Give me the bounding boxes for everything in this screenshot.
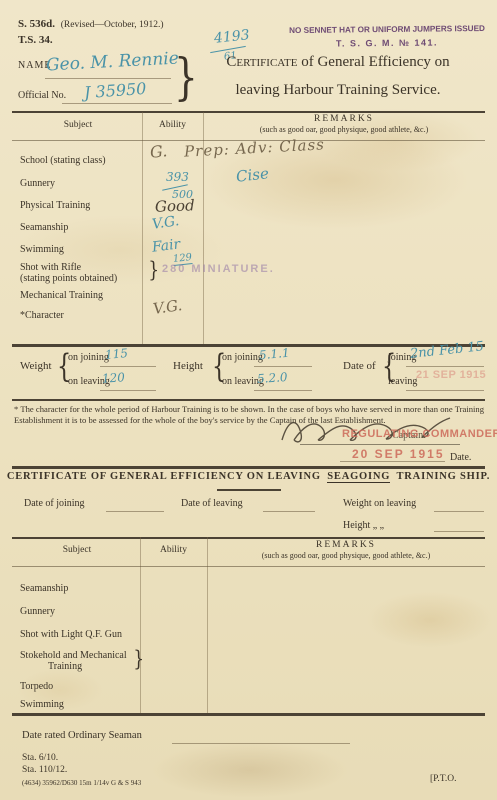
weight-leaving-underline [100,390,156,391]
school-remark-initials: Cise [235,164,270,185]
date-rated-label: Date rated Ordinary Seaman [22,730,142,741]
character-ability-value: V.G. [152,296,183,318]
name-underline [45,78,171,79]
weight-leaving-value: 120 [102,370,126,386]
seamanship-ability-value: V.G. [151,213,180,233]
sea-row-swimming: Swimming [20,699,64,710]
sea-weight-leaving-label: Weight on leaving [343,498,416,509]
height-leaving-value: 5.2.0 [257,370,288,386]
name-value: Geo. M. Rennie [46,49,180,76]
sea-row-seamanship: Seamanship [20,583,68,594]
issue-stamp-line2: T. S. G. M. № 141. [283,37,491,49]
school-ability-value: G. [149,141,168,161]
official-no-value: J 35950 [83,79,147,102]
date-stamp-underline [340,461,445,462]
sta-line1: Sta. 6/10. [22,753,58,763]
sea-date-leaving-label: Date of leaving [181,498,243,509]
sea-weight-leaving-underline [434,511,484,512]
sea-row-stokehold-line1: Stokehold and Mechanical [20,650,127,661]
harbour-table-vline1 [142,112,143,344]
regulating-commander-stamp: REGULATING COMMANDER [342,428,497,440]
pto-label: [P.T.O. [430,774,456,784]
row-swimming-label: Swimming [20,244,64,255]
signature-underline [300,444,460,445]
height-joining-underline [254,366,312,367]
official-no-label: Official No. [18,90,66,101]
revision-note: (Revised—October, 1912.) [61,20,164,30]
seagoing-title-post: TRAINING SHIP. [397,471,491,482]
seagoing-top-rule [12,466,485,469]
stokehold-brace: } [133,647,144,671]
header-rule [12,111,485,113]
sea-row-qf-gun: Shot with Light Q.F. Gun [20,629,122,640]
form-number-line: S. 536d. (Revised—October, 1912.) [18,18,164,30]
seagoing-title-underlined: SEAGOING [327,471,390,483]
weight-on-joining-label: on joining [68,352,109,363]
date-rated-underline [172,743,350,744]
sea-row-torpedo: Torpedo [20,681,53,692]
date-joining-underline [406,366,484,367]
print-code: (4634) 35962/D630 15m 1/14v G & S 943 [22,779,141,787]
date-stamp: 20 SEP 1915 [352,447,445,461]
sea-table-bottom-rule [12,713,485,716]
sea-col-remarks: REMARKS [207,540,485,550]
measurements-bottom-rule [12,399,485,401]
form-number: S. 536d. [18,18,55,30]
seagoing-title: CERTIFICATE OF GENERAL EFFICIENCY ON LEA… [0,471,497,482]
harbour-col-remarks-sub: (such as good oar, good physique, good a… [203,125,485,134]
height-label: Height [173,360,203,372]
sea-col-subject: Subject [14,545,140,555]
seagoing-title-pre: CERTIFICATE OF GENERAL EFFICIENCY ON LEA… [7,471,321,482]
sea-col-remarks-sub: (such as good oar, good physique, good a… [207,551,485,560]
seagoing-title-rule [217,489,281,491]
date-leaving-stamp: 21 SEP 1915 [416,369,486,381]
sea-table-vline2 [207,537,208,713]
harbour-col-ability: Ability [142,120,203,130]
sea-table-vline1 [140,537,141,713]
sea-height-ditto-label: Height „ „ [343,520,384,531]
issue-stamp-line1: NO SENNET HAT OR UNIFORM JUMPERS ISSUED [283,24,491,35]
main-title-line1-rest: of General Efficiency on [301,54,449,70]
sea-date-joining-label: Date of joining [24,498,85,509]
row-pt-label: Physical Training [20,200,90,211]
sea-height-underline [434,531,484,532]
sea-table-top-rule [12,537,485,539]
row-rifle-label-line1: Shot with Rifle [20,262,81,273]
date-word-label: Date. [450,452,471,463]
height-on-joining-label: on joining [222,352,263,363]
reference-fraction-numerator: 4193 [213,27,250,47]
row-character-label: *Character [20,310,64,321]
rifle-miniature-stamp: 280 MINIATURE. [162,263,275,275]
date-leaving-underline [406,390,484,391]
height-joining-value: 5.1.1 [258,346,290,363]
official-no-underline [62,103,172,104]
weight-label: Weight [20,360,52,372]
date-of-label: Date of [343,360,376,372]
sea-header-rule [12,566,485,567]
certificate-document: S. 536d. (Revised—October, 1912.) T.S. 3… [0,0,497,800]
date-joining-value: 2nd Feb 15 [409,339,484,362]
weight-joining-underline [100,366,156,367]
date-leaving-label: leaving [388,376,417,387]
row-seamanship-label: Seamanship [20,222,68,233]
sea-date-joining-underline [106,511,164,512]
weight-joining-value: 115 [104,346,128,362]
main-title-word1: Certificate [226,54,297,70]
height-leaving-underline [254,390,312,391]
row-mech-label: Mechanical Training [20,290,103,301]
rifle-brace: } [148,258,159,282]
row-gunnery-label: Gunnery [20,178,55,189]
sea-col-ability: Ability [140,545,207,555]
gunnery-score-numerator: 393 [166,170,189,184]
harbour-col-subject: Subject [14,120,142,130]
sea-row-stokehold-line2: Training [48,661,82,672]
harbour-col-remarks: REMARKS [203,114,485,124]
sea-row-gunnery: Gunnery [20,606,55,617]
sea-date-leaving-underline [263,511,315,512]
main-title-line2: leaving Harbour Training Service. [192,82,484,99]
ts-number: T.S. 34. [18,34,53,46]
main-title-line1: Certificate of General Efficiency on [192,54,484,71]
sta-line2: Sta. 110/12. [22,765,67,775]
row-rifle-label-line2: (stating points obtained) [20,273,117,284]
row-school-label: School (stating class) [20,155,106,166]
